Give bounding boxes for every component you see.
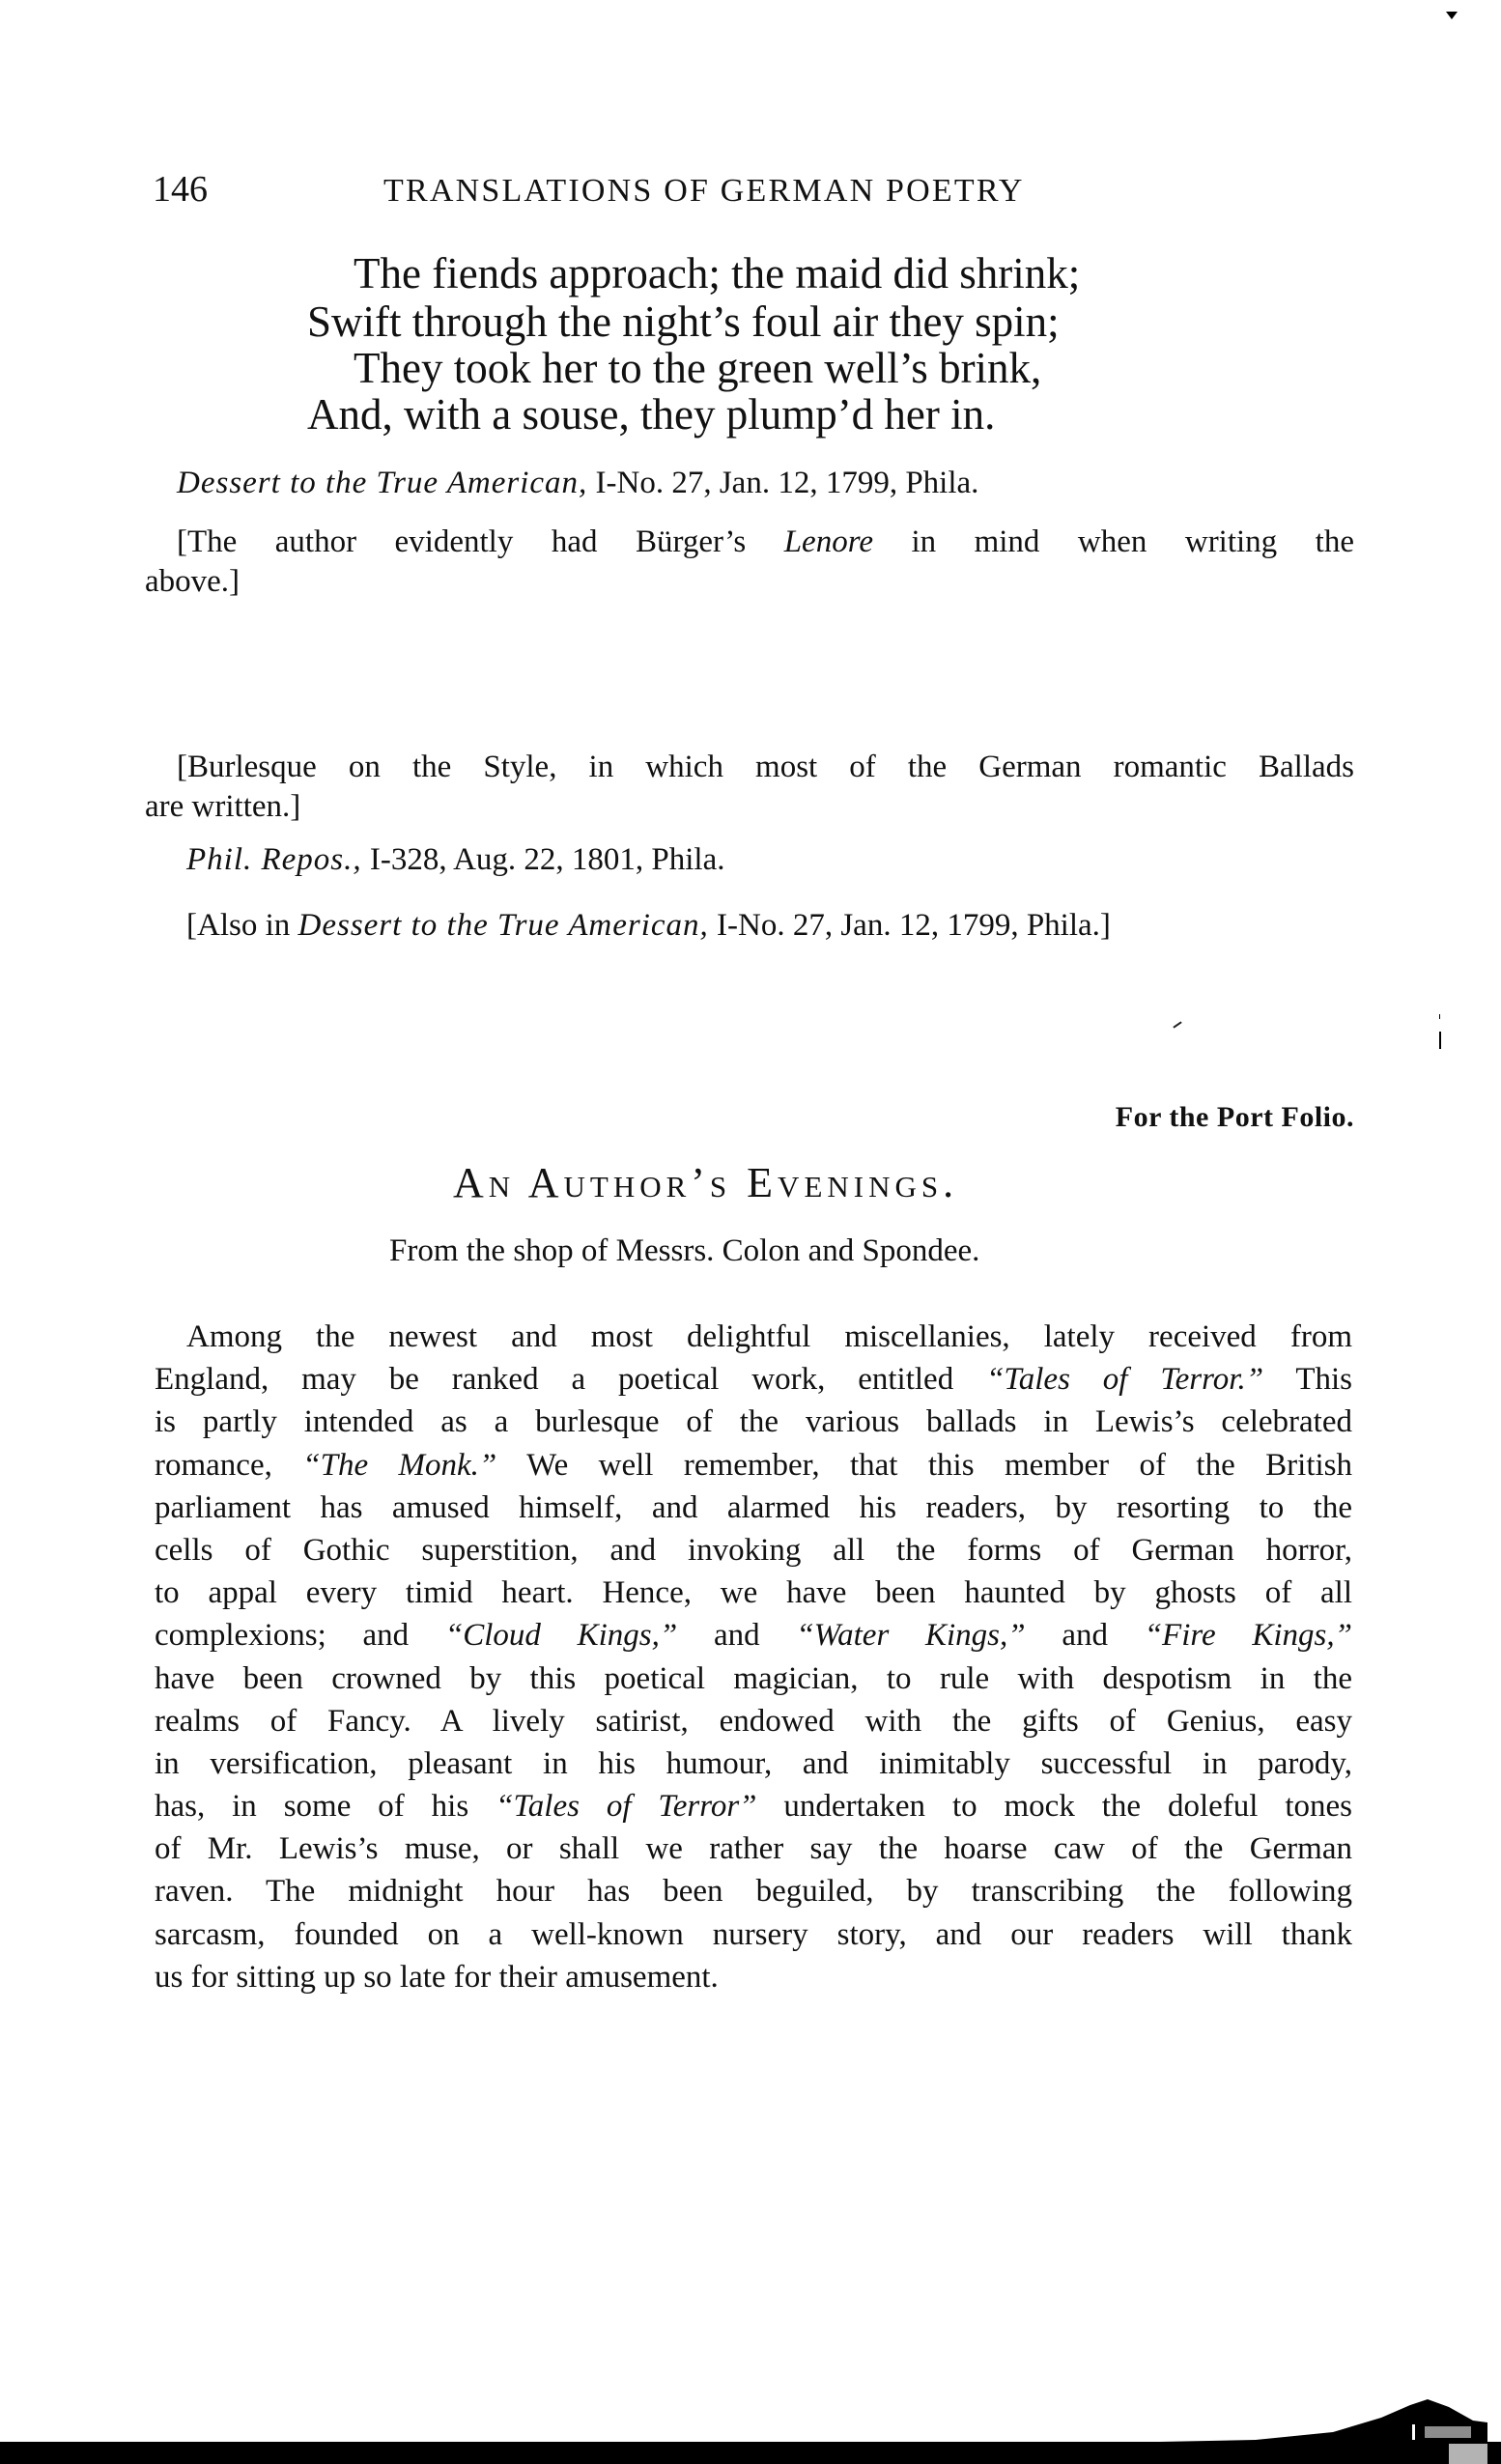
text-run: Among the newest and most delightful mis… xyxy=(186,1319,1352,1354)
italic-title: “Tales of Terror” xyxy=(496,1789,756,1824)
body-line: has, in some of his “Tales of Terror” un… xyxy=(155,1785,1352,1827)
text-run: us for sitting up so late for their amus… xyxy=(155,1960,719,1995)
article-byline: From the shop of Messrs. Colon and Spond… xyxy=(389,1232,979,1270)
text-run: is partly intended as a burlesque of the… xyxy=(155,1404,1352,1439)
text-run: in versification, pleasant in his humour… xyxy=(155,1746,1352,1781)
citation-source-title: Phil. Repos., xyxy=(186,842,362,877)
scan-artifact-dot xyxy=(1439,1014,1440,1019)
body-line: complexions; and “Cloud Kings,” and “Wat… xyxy=(155,1614,1352,1657)
text-run: complexions; and xyxy=(155,1618,445,1653)
citation-phil-repos: Phil. Repos., I-328, Aug. 22, 1801, Phil… xyxy=(186,840,724,879)
body-line: romance, “The Monk.” We well remember, t… xyxy=(155,1444,1352,1487)
italic-title: “Fire Kings,” xyxy=(1145,1618,1352,1653)
editorial-note-burlesque: [Burlesque on the Style, in which most o… xyxy=(145,748,1354,827)
poem-line: The fiends approach; the maid did shrink… xyxy=(354,249,1080,297)
text-run: parliament has amused himself, and alarm… xyxy=(155,1490,1352,1525)
body-line: England, may be ranked a poetical work, … xyxy=(155,1358,1352,1401)
running-title: TRANSLATIONS OF GERMAN POETRY xyxy=(383,174,1114,209)
body-line: parliament has amused himself, and alarm… xyxy=(155,1487,1352,1529)
poem-line: And, with a souse, they plump’d her in. xyxy=(307,390,995,439)
body-line: of Mr. Lewis’s muse, or shall we rather … xyxy=(155,1827,1352,1870)
body-line: raven. The midnight hour has been beguil… xyxy=(155,1870,1352,1912)
article-body: Among the newest and most delightful mis… xyxy=(155,1316,1352,1998)
note-line: [Burlesque on the Style, in which most o… xyxy=(145,748,1354,787)
poem-line: Swift through the night’s foul air they … xyxy=(307,297,1060,346)
text-run: have been crowned by this poetical magic… xyxy=(155,1661,1352,1696)
text-run: has, in some of his xyxy=(155,1789,496,1824)
citation-dessert: Dessert to the True American, I-No. 27, … xyxy=(177,464,978,502)
italic-title: “Water Kings,” xyxy=(796,1618,1025,1653)
italic-title: “Cloud Kings,” xyxy=(445,1618,677,1653)
text-run: and xyxy=(677,1618,796,1653)
article-source: For the Port Folio. xyxy=(1116,1101,1354,1134)
text-run: realms of Fancy. A lively satirist, endo… xyxy=(155,1704,1352,1739)
scan-artifact-tick xyxy=(1439,1032,1441,1049)
body-line: us for sitting up so late for their amus… xyxy=(155,1956,1352,1998)
text-run: to appal every timid heart. Hence, we ha… xyxy=(155,1575,1352,1610)
italic-title: “The Monk.” xyxy=(302,1448,496,1483)
article-title: An Author’s Evenings. xyxy=(453,1159,1058,1207)
body-line: in versification, pleasant in his humour… xyxy=(155,1742,1352,1785)
citation-also-in: [Also in Dessert to the True American, I… xyxy=(186,906,1111,945)
scan-artifact-slash xyxy=(1173,1021,1181,1028)
scan-artifact-corner-mark xyxy=(1446,12,1458,19)
text-run: England, may be ranked a poetical work, … xyxy=(155,1362,986,1397)
text-run: This xyxy=(1263,1362,1352,1397)
text-run: and xyxy=(1026,1618,1145,1653)
body-line: sarcasm, founded on a well-known nursery… xyxy=(155,1913,1352,1956)
citation-details: I-No. 27, Jan. 12, 1799, Phila.] xyxy=(709,908,1111,943)
citation-details: I-328, Aug. 22, 1801, Phila. xyxy=(362,842,725,877)
poem-line: They took her to the green well’s brink, xyxy=(354,344,1041,392)
body-line: to appal every timid heart. Hence, we ha… xyxy=(155,1572,1352,1614)
body-line: cells of Gothic superstition, and invoki… xyxy=(155,1529,1352,1572)
citation-source-title: Dessert to the True American, xyxy=(177,466,587,500)
text-run: of Mr. Lewis’s muse, or shall we rather … xyxy=(155,1831,1352,1866)
scan-artifact-bottom-edge xyxy=(0,2393,1501,2464)
editorial-note-lenore: [The author evidently had Bürger’s Lenor… xyxy=(145,523,1354,602)
work-title-lenore: Lenore xyxy=(784,524,873,559)
body-line: realms of Fancy. A lively satirist, endo… xyxy=(155,1700,1352,1742)
citation-source-title: Dessert to the True American, xyxy=(298,908,709,943)
note-line: above.] xyxy=(145,562,1354,602)
text-run: romance, xyxy=(155,1448,302,1483)
text-run: sarcasm, founded on a well-known nursery… xyxy=(155,1917,1352,1952)
citation-details: I-No. 27, Jan. 12, 1799, Phila. xyxy=(587,466,978,500)
page-number: 146 xyxy=(153,170,208,209)
text-run: raven. The midnight hour has been beguil… xyxy=(155,1874,1352,1909)
text-run: undertaken to mock the doleful tones xyxy=(757,1789,1352,1824)
text-run: We well remember, that this member of th… xyxy=(496,1448,1352,1483)
body-line: Among the newest and most delightful mis… xyxy=(155,1316,1352,1358)
body-line: have been crowned by this poetical magic… xyxy=(155,1657,1352,1700)
note-line: [The author evidently had Bürger’s Lenor… xyxy=(145,523,1354,562)
note-line: are written.] xyxy=(145,787,1354,827)
body-line: is partly intended as a burlesque of the… xyxy=(155,1401,1352,1443)
italic-title: “Tales of Terror.” xyxy=(986,1362,1263,1397)
text-run: cells of Gothic superstition, and invoki… xyxy=(155,1533,1352,1568)
